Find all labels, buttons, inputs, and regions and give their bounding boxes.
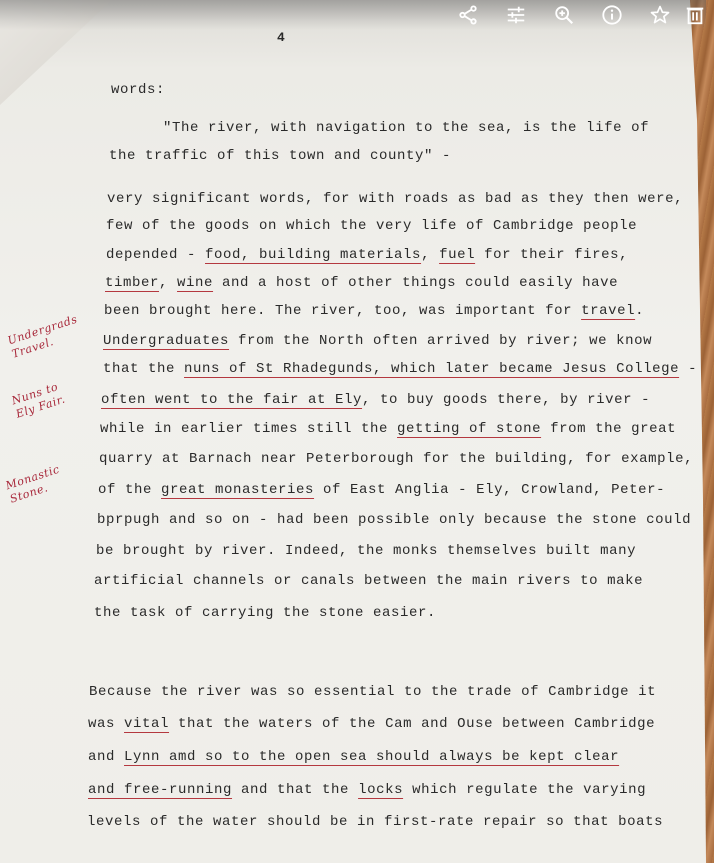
doc-line: artificial channels or canals between th… bbox=[94, 573, 643, 589]
doc-line: very significant words, for with roads a… bbox=[107, 191, 683, 207]
info-icon bbox=[601, 4, 623, 26]
doc-line: often went to the fair at Ely, to buy go… bbox=[101, 392, 650, 408]
doc-line: the traffic of this town and county" - bbox=[109, 148, 451, 164]
star-icon bbox=[649, 4, 671, 26]
doc-line: words: bbox=[111, 82, 165, 98]
share-button[interactable] bbox=[444, 2, 492, 28]
doc-line: Because the river was so essential to th… bbox=[89, 684, 656, 700]
doc-line: was vital that the waters of the Cam and… bbox=[88, 716, 655, 732]
doc-line: depended - food, building materials, fue… bbox=[106, 247, 628, 263]
delete-icon bbox=[684, 4, 706, 26]
doc-line: quarry at Barnach near Peterborough for … bbox=[99, 451, 693, 467]
adjust-icon bbox=[505, 4, 527, 26]
delete-button[interactable] bbox=[684, 2, 706, 28]
margin-note: Nuns to Ely Fair. bbox=[10, 379, 67, 421]
page-number: 4 bbox=[277, 30, 285, 45]
share-icon bbox=[457, 4, 479, 26]
doc-line: and Lynn amd so to the open sea should a… bbox=[88, 749, 619, 765]
info-button[interactable] bbox=[588, 2, 636, 28]
doc-line: few of the goods on which the very life … bbox=[106, 218, 637, 234]
doc-line: of the great monasteries of East Anglia … bbox=[98, 482, 665, 498]
doc-line: bprpugh and so on - had been possible on… bbox=[97, 512, 691, 528]
doc-line: while in earlier times still the getting… bbox=[100, 421, 676, 437]
photo-viewer-topbar bbox=[0, 0, 706, 30]
zoom-in-icon bbox=[553, 4, 575, 26]
doc-line: Undergraduates from the North often arri… bbox=[103, 333, 652, 349]
doc-line: be brought by river. Indeed, the monks t… bbox=[96, 543, 636, 559]
zoom-button[interactable] bbox=[540, 2, 588, 28]
doc-line: levels of the water should be in first-r… bbox=[87, 814, 663, 830]
margin-note: Undergrads Travel. bbox=[6, 313, 84, 362]
favorite-button[interactable] bbox=[636, 2, 684, 28]
document-photo: 4 words: "The river, with navigation to … bbox=[0, 0, 706, 863]
doc-line: "The river, with navigation to the sea, … bbox=[163, 120, 649, 136]
doc-line: and free-running and that the locks whic… bbox=[88, 782, 646, 798]
doc-line: been brought here. The river, too, was i… bbox=[104, 303, 644, 319]
photo-toolbar bbox=[444, 2, 706, 28]
doc-line: that the nuns of St Rhadegunds, which la… bbox=[103, 361, 697, 377]
doc-line: the task of carrying the stone easier. bbox=[94, 605, 436, 621]
margin-note: Monastic Stone. bbox=[4, 463, 66, 507]
edit-adjust-button[interactable] bbox=[492, 2, 540, 28]
doc-line: timber, wine and a host of other things … bbox=[105, 275, 618, 291]
